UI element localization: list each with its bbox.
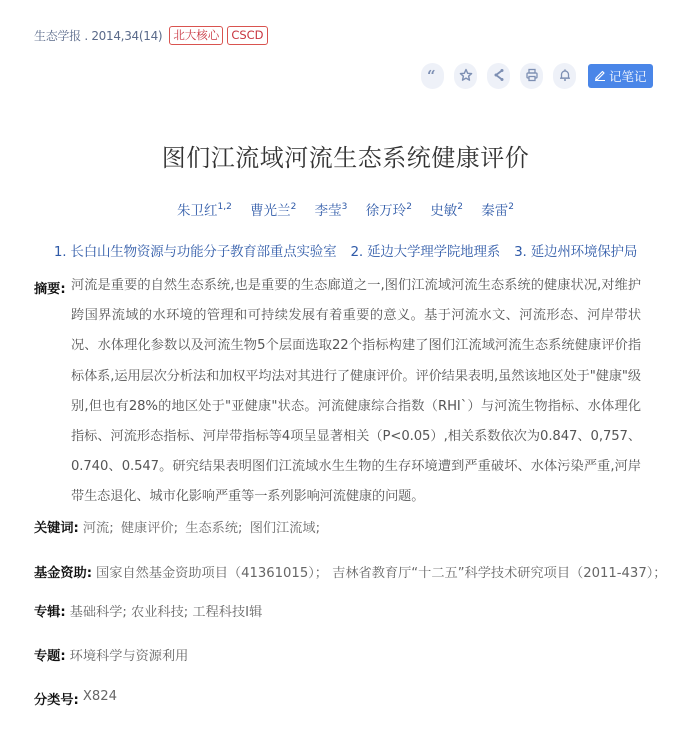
take-note-button[interactable]: 记笔记 — [588, 64, 653, 88]
author-affil-sup: 1,2 — [218, 202, 232, 212]
topic-section: 专题: 环境科学与资源利用 — [34, 645, 188, 664]
abstract-section: 摘要: 河流是重要的自然生态系统,也是重要的生态廊道之一,图们江流域河流生态系统… — [34, 278, 644, 513]
abstract-text: 河流是重要的自然生态系统,也是重要的生态廊道之一,图们江流域河流生态系统的健康状… — [71, 271, 641, 513]
classification-number: X824 — [83, 689, 117, 708]
abstract-label: 摘要: — [34, 278, 71, 513]
pencil-icon — [594, 69, 606, 84]
classification-label: 分类号: — [34, 689, 79, 708]
author-name: 李莹 — [315, 203, 342, 219]
keyword-link[interactable]: 生态系统; — [185, 521, 242, 536]
keywords-label: 关键词: — [34, 517, 79, 536]
author-list: 朱卫红1,2 曹光兰2 李莹3 徐万玲2 史敏2 秦雷2 — [0, 199, 691, 219]
affiliation-link[interactable]: 2. 延边大学理学院地理系 — [351, 244, 501, 260]
author-affil-sup: 2 — [291, 202, 297, 212]
article-toolbar: “ 记笔记 — [421, 63, 653, 89]
author-link[interactable]: 李莹3 — [315, 203, 348, 219]
article-title: 图们江流域河流生态系统健康评价 — [0, 138, 691, 173]
series-text: 基础科学; 农业科技; 工程科技Ⅰ辑 — [70, 601, 263, 620]
author-link[interactable]: 曹光兰2 — [250, 203, 296, 219]
source-bar: 生态学报 . 2014,34(14) 北大核心 CSCD — [34, 26, 268, 45]
funding-label: 基金资助: — [34, 562, 92, 581]
author-name: 曹光兰 — [250, 203, 291, 219]
affiliation-link[interactable]: 3. 延边州环境保护局 — [514, 244, 637, 260]
author-affil-sup: 2 — [508, 202, 514, 212]
keywords-section: 关键词: 河流; 健康评价; 生态系统; 图们江流域; — [34, 517, 323, 536]
keyword-link[interactable]: 图们江流域; — [250, 521, 320, 536]
keyword-link[interactable]: 河流; — [83, 521, 114, 536]
author-name: 秦雷 — [481, 203, 508, 219]
share-icon — [492, 67, 506, 86]
cite-button[interactable]: “ — [421, 63, 444, 89]
funding-text[interactable]: 国家自然基金资助项目（41361015）； 吉林省教育厅“十二五”科学技术研究项… — [96, 562, 666, 581]
topic-label: 专题: — [34, 645, 66, 664]
funding-section: 基金资助: 国家自然基金资助项目（41361015）； 吉林省教育厅“十二五”科… — [34, 562, 667, 581]
author-affil-sup: 2 — [406, 202, 412, 212]
series-section: 专辑: 基础科学; 农业科技; 工程科技Ⅰ辑 — [34, 601, 262, 620]
author-link[interactable]: 徐万玲2 — [366, 203, 412, 219]
share-button[interactable] — [487, 63, 510, 89]
print-button[interactable] — [520, 63, 543, 89]
journal-info[interactable]: 生态学报 . 2014,34(14) — [34, 27, 162, 44]
author-affil-sup: 2 — [457, 202, 463, 212]
author-name: 史敏 — [430, 203, 457, 219]
author-name: 徐万玲 — [366, 203, 407, 219]
take-note-label: 记笔记 — [609, 67, 647, 85]
author-link[interactable]: 朱卫红1,2 — [177, 203, 232, 219]
author-link[interactable]: 史敏2 — [430, 203, 463, 219]
subscribe-button[interactable] — [553, 63, 576, 89]
star-icon — [459, 67, 473, 86]
author-name: 朱卫红 — [177, 203, 218, 219]
svg-text:“: “ — [427, 68, 436, 82]
bell-icon — [558, 67, 572, 86]
series-label: 专辑: — [34, 601, 66, 620]
author-link[interactable]: 秦雷2 — [481, 203, 514, 219]
quote-icon: “ — [426, 67, 440, 86]
keyword-list: 河流; 健康评价; 生态系统; 图们江流域; — [83, 517, 323, 536]
topic-text: 环境科学与资源利用 — [70, 645, 189, 664]
favorite-button[interactable] — [454, 63, 477, 89]
badge-cscd: CSCD — [227, 26, 267, 45]
keyword-link[interactable]: 健康评价; — [121, 521, 178, 536]
badge-pku-core: 北大核心 — [169, 26, 223, 45]
print-icon — [525, 67, 539, 86]
classification-section: 分类号: X824 — [34, 689, 117, 708]
affiliation-list: 1. 长白山生物资源与功能分子教育部重点实验室 2. 延边大学理学院地理系 3.… — [0, 240, 691, 260]
affiliation-link[interactable]: 1. 长白山生物资源与功能分子教育部重点实验室 — [54, 244, 337, 260]
author-affil-sup: 3 — [342, 202, 348, 212]
